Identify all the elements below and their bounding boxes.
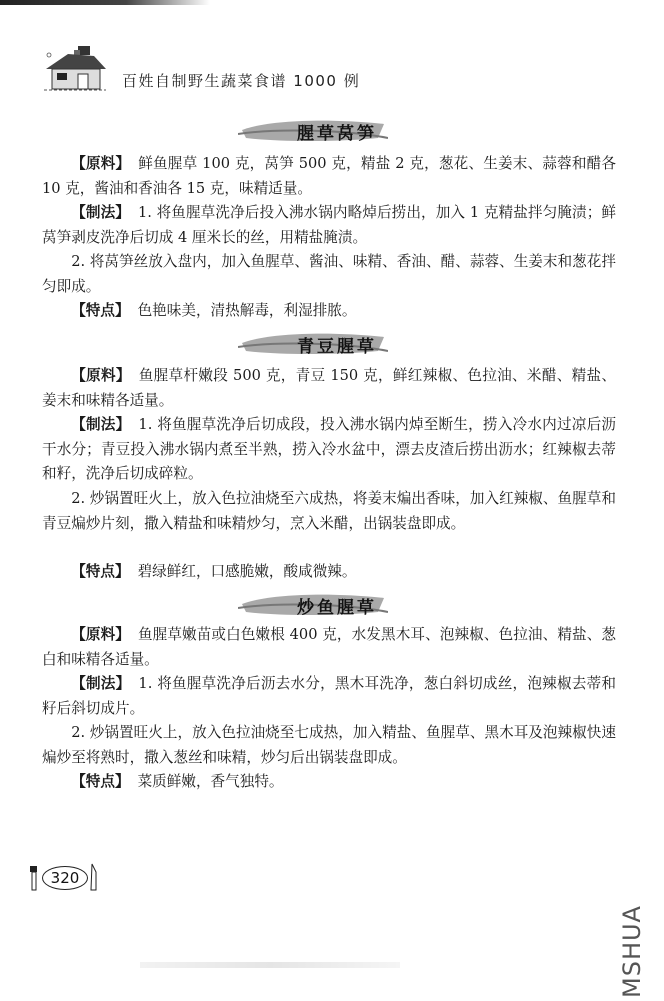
method-step-paragraph: 2. 将莴笋丝放入盘内，加入鱼腥草、酱油、味精、香油、醋、蒜蓉、生姜末和葱花拌匀…: [42, 250, 616, 299]
recipe-title: 炒鱼腥草: [0, 586, 664, 622]
features-paragraph: 【特点】色艳味美，清热解毒，利湿排脓。: [42, 299, 616, 324]
method-paragraph: 【制法】1. 将鱼腥草洗净后投入沸水锅内略焯后捞出，加入 1 克精盐拌匀腌渍；鲜…: [42, 201, 616, 250]
ingredients-paragraph: 【原料】鱼腥草嫩苗或白色嫩根 400 克，水发黑木耳、泡辣椒、色拉油、精盐、葱白…: [42, 623, 616, 672]
recipe-title: 腥草莴笋: [0, 112, 664, 148]
watermark: MSHUA: [608, 900, 648, 990]
page-number: 320: [42, 866, 88, 890]
features-paragraph: 【特点】碧绿鲜红，口感脆嫩，酸咸微辣。: [42, 560, 616, 585]
house-icon: [44, 42, 108, 94]
method-step-paragraph: 2. 炒锅置旺火上，放入色拉油烧至六成热，将姜末煸出香味，加入红辣椒、鱼腥草和青…: [42, 487, 616, 536]
recipe-title: 青豆腥草: [0, 325, 664, 361]
method-paragraph: 【制法】1. 将鱼腥草洗净后沥去水分，黑木耳洗净，葱白斜切成丝，泡辣椒去蒂和籽后…: [42, 672, 616, 721]
page-number-badge: 320: [28, 862, 100, 894]
method-paragraph: 【制法】1. 将鱼腥草洗净后切成段，投入沸水锅内焯至断生，捞入冷水内过凉后沥干水…: [42, 413, 616, 487]
ingredients-paragraph: 【原料】鲜鱼腥草 100 克，莴笋 500 克，精盐 2 克，葱花、生姜末、蒜蓉…: [42, 152, 616, 201]
book-title: 百姓自制野生蔬菜食谱 1000 例: [122, 70, 360, 91]
ingredients-paragraph: 【原料】鱼腥草杆嫩段 500 克，青豆 150 克，鲜红辣椒、色拉油、米醋、精盐…: [42, 364, 616, 413]
scan-edge-shadow: [0, 0, 210, 5]
features-paragraph: 【特点】菜质鲜嫩，香气独特。: [42, 770, 616, 795]
bleed-through-text: [140, 962, 400, 968]
method-step-paragraph: 2. 炒锅置旺火上，放入色拉油烧至七成热，加入精盐、鱼腥草、黑木耳及泡辣椒快速煸…: [42, 721, 616, 770]
running-header: 百姓自制野生蔬菜食谱 1000 例: [44, 40, 444, 96]
